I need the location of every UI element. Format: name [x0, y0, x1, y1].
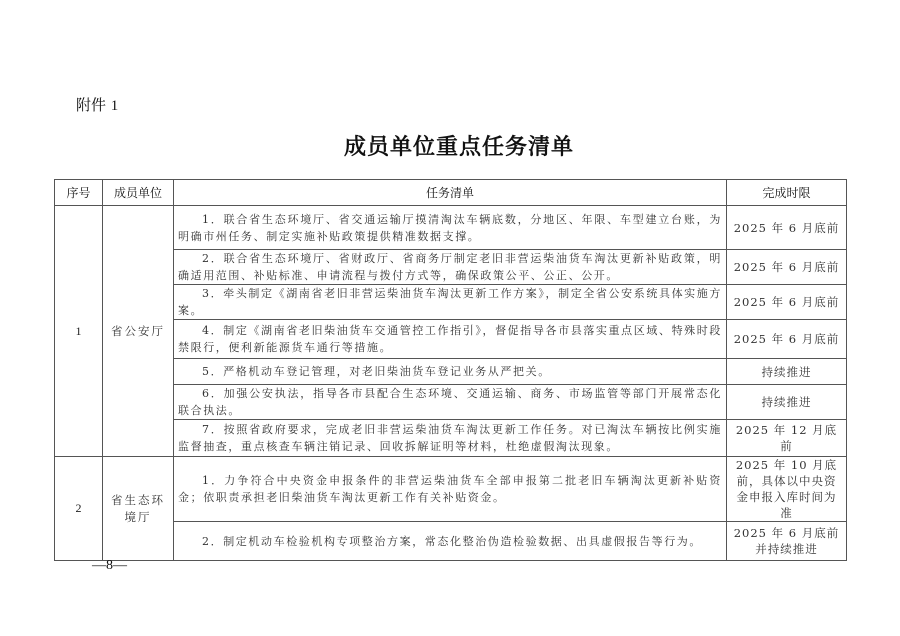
column-header-deadline: 完成时限 [727, 180, 847, 206]
task-text: 7．按照省政府要求，完成老旧非营运柴油货车淘汰更新工作任务。对已淘汰车辆按比例实… [178, 421, 722, 455]
deadline-cell: 2025 年 6 月底前 [727, 206, 847, 250]
attachment-text: 附件 [76, 96, 106, 114]
task-text: 1．力争符合中央资金申报条件的非营运柴油货车全部申报第二批老旧车辆淘汰更新补贴资… [178, 472, 722, 506]
deadline-cell: 持续推进 [727, 359, 847, 385]
attachment-label: 附件 1 [76, 94, 118, 115]
task-cell: 3．牵头制定《湖南省老旧非营运柴油货车淘汰更新工作方案》，制定全省公安系统具体实… [174, 285, 727, 320]
deadline-cell: 2025 年 6 月底前 [727, 250, 847, 285]
table-row: 3．牵头制定《湖南省老旧非营运柴油货车淘汰更新工作方案》，制定全省公安系统具体实… [55, 285, 847, 320]
task-table: 序号 成员单位 任务清单 完成时限 1 省公安厅 1．联合省生态环境厅、省交通运… [54, 179, 847, 561]
column-header-unit: 成员单位 [103, 180, 174, 206]
page-title: 成员单位重点任务清单 [0, 130, 900, 161]
table-row: 6．加强公安执法，指导各市县配合生态环境、交通运输、商务、市场监管等部门开展常态… [55, 385, 847, 420]
deadline-cell: 2025 年 12 月底前 [727, 420, 847, 457]
deadline-cell: 2025 年 6 月底前并持续推进 [727, 522, 847, 561]
task-text: 6．加强公安执法，指导各市县配合生态环境、交通运输、商务、市场监管等部门开展常态… [178, 385, 722, 419]
task-cell: 7．按照省政府要求，完成老旧非营运柴油货车淘汰更新工作任务。对已淘汰车辆按比例实… [174, 420, 727, 457]
task-text: 2．制定机动车检验机构专项整治方案，常态化整治伪造检验数据、出具虚假报告等行为。 [178, 533, 722, 550]
table-row: 5．严格机动车登记管理，对老旧柴油货车登记业务从严把关。 持续推进 [55, 359, 847, 385]
row-number: 1 [55, 206, 103, 457]
task-cell: 4．制定《湖南省老旧柴油货车交通管控工作指引》，督促指导各市县落实重点区域、特殊… [174, 320, 727, 359]
member-unit: 省生态环境厅 [103, 457, 174, 561]
task-text: 1．联合省生态环境厅、省交通运输厅摸清淘汰车辆底数，分地区、年限、车型建立台账，… [178, 211, 722, 245]
table-row: 7．按照省政府要求，完成老旧非营运柴油货车淘汰更新工作任务。对已淘汰车辆按比例实… [55, 420, 847, 457]
attachment-number: 1 [111, 98, 119, 114]
task-cell: 5．严格机动车登记管理，对老旧柴油货车登记业务从严把关。 [174, 359, 727, 385]
task-text: 4．制定《湖南省老旧柴油货车交通管控工作指引》，督促指导各市县落实重点区域、特殊… [178, 322, 722, 356]
task-cell: 2．制定机动车检验机构专项整治方案，常态化整治伪造检验数据、出具虚假报告等行为。 [174, 522, 727, 561]
table-row: 4．制定《湖南省老旧柴油货车交通管控工作指引》，督促指导各市县落实重点区域、特殊… [55, 320, 847, 359]
table-row: 2．制定机动车检验机构专项整治方案，常态化整治伪造检验数据、出具虚假报告等行为。… [55, 522, 847, 561]
deadline-cell: 2025 年 10 月底前，具体以中央资金申报入库时间为准 [727, 457, 847, 522]
column-header-tasks: 任务清单 [174, 180, 727, 206]
deadline-cell: 2025 年 6 月底前 [727, 285, 847, 320]
deadline-cell: 2025 年 6 月底前 [727, 320, 847, 359]
task-cell: 1．联合省生态环境厅、省交通运输厅摸清淘汰车辆底数，分地区、年限、车型建立台账，… [174, 206, 727, 250]
page-number: —8— [92, 558, 127, 574]
deadline-cell: 持续推进 [727, 385, 847, 420]
task-text: 3．牵头制定《湖南省老旧非营运柴油货车淘汰更新工作方案》，制定全省公安系统具体实… [178, 285, 722, 319]
table-row: 2 省生态环境厅 1．力争符合中央资金申报条件的非营运柴油货车全部申报第二批老旧… [55, 457, 847, 522]
task-text: 5．严格机动车登记管理，对老旧柴油货车登记业务从严把关。 [178, 363, 722, 380]
task-text: 2．联合省生态环境厅、省财政厅、省商务厅制定老旧非营运柴油货车淘汰更新补贴政策，… [178, 250, 722, 284]
task-cell: 2．联合省生态环境厅、省财政厅、省商务厅制定老旧非营运柴油货车淘汰更新补贴政策，… [174, 250, 727, 285]
task-cell: 1．力争符合中央资金申报条件的非营运柴油货车全部申报第二批老旧车辆淘汰更新补贴资… [174, 457, 727, 522]
table-header-row: 序号 成员单位 任务清单 完成时限 [55, 180, 847, 206]
row-number: 2 [55, 457, 103, 561]
table-row: 1 省公安厅 1．联合省生态环境厅、省交通运输厅摸清淘汰车辆底数，分地区、年限、… [55, 206, 847, 250]
column-header-no: 序号 [55, 180, 103, 206]
member-unit: 省公安厅 [103, 206, 174, 457]
task-cell: 6．加强公安执法，指导各市县配合生态环境、交通运输、商务、市场监管等部门开展常态… [174, 385, 727, 420]
table-row: 2．联合省生态环境厅、省财政厅、省商务厅制定老旧非营运柴油货车淘汰更新补贴政策，… [55, 250, 847, 285]
